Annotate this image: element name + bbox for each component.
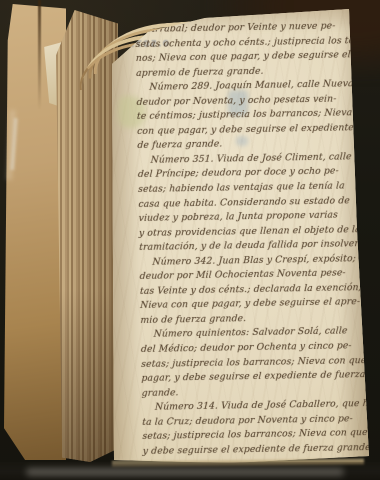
cover-crease xyxy=(38,0,41,110)
paragraph: Número 314. Viuda de José Caballero, que… xyxy=(142,397,371,459)
handwritten-text-block: Arrabal; deudor por Veinte y nueve pe- s… xyxy=(135,19,371,459)
blurred-table-edge xyxy=(26,468,344,476)
paragraph: Arrabal; deudor por Veinte y nueve pe- s… xyxy=(135,19,364,81)
paragraph: Número 289. Joaquín Manuel, calle Nueva;… xyxy=(136,77,365,154)
paragraph: Número 351. Viuda de José Climent, calle… xyxy=(137,150,367,256)
paragraph: Número quinientos: Salvador Solá, calle … xyxy=(141,324,370,401)
paragraph: Número 342. Juan Blas y Crespí, expósito… xyxy=(139,252,368,329)
photo-of-manuscript-book: 0.507.736 Arrabal; deudor por Veinte y n… xyxy=(0,0,380,480)
